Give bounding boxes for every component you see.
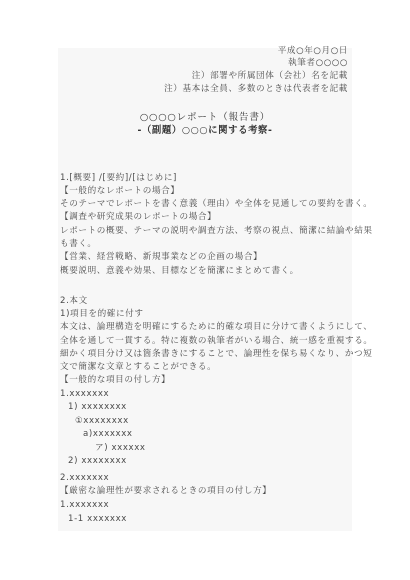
- case2-text-2: も書く。: [60, 238, 97, 250]
- list-item: 2) xxxxxxxx: [68, 455, 127, 467]
- case2-text-1: レポートの概要、テーマの説明や調査方法、考察の視点、簡潔に結論や結果: [60, 225, 373, 237]
- list-item: a)xxxxxxx: [83, 428, 133, 440]
- body-line-4: 文で簡潔な文章とすることができる。: [60, 361, 216, 373]
- document-subtitle: -（副題）○○○に関する考察-: [58, 125, 352, 137]
- list-item: 1.xxxxxxx: [60, 388, 109, 400]
- section2-subheading: 1)項目を的確に付す: [60, 308, 144, 320]
- case2-label: 【調査や研究成果のレポートの場合】: [60, 211, 216, 223]
- list-item: ①xxxxxxxx: [75, 415, 129, 427]
- section2-heading: 2.本文: [60, 295, 88, 307]
- section1-heading: 1.[概要] /[要約]/[はじめに]: [60, 172, 177, 184]
- note-authors: 注）基本は全員、多数のときは代表者を記載: [164, 83, 348, 95]
- author-line: 執筆者○○○○: [288, 57, 348, 69]
- strict-items-label: 【厳密な論理性が要求されるときの項目の付し方】: [60, 485, 271, 497]
- list-item: 1-1 xxxxxxx: [68, 513, 127, 525]
- body-line-1: 本文は、論理構造を明確にするために的確な項目に分けて書くようにして、: [60, 321, 372, 333]
- document-title: ○○○○レポート（報告書）: [58, 112, 352, 124]
- case1-label: 【一般的なレポートの場合】: [60, 185, 180, 197]
- document-page: 平成○年○月○日 執筆者○○○○ 注）部署や所属団体（会社）名を記載 注）基本は…: [58, 48, 352, 531]
- case3-text: 概要説明、意義や効果、目標などを簡潔にまとめて書く。: [60, 265, 299, 277]
- general-items-label: 【一般的な項目の付し方】: [60, 374, 170, 386]
- list-item: 2.xxxxxxx: [60, 472, 109, 484]
- list-item: 1.xxxxxxx: [60, 499, 109, 511]
- body-line-3: 細かく項目分け又は箇条書きにすることで、論理性を保ち易くなり、かつ短: [60, 348, 372, 360]
- list-item: 1) xxxxxxxx: [68, 401, 127, 413]
- note-affiliation: 注）部署や所属団体（会社）名を記載: [192, 70, 348, 82]
- date-line: 平成○年○月○日: [278, 45, 348, 57]
- body-line-2: 全体を通して一貫する。特に複数の執筆者がいる場合、統一感を重視する。: [60, 335, 373, 347]
- case3-label: 【営業、経営戦略、新規事業などの企画の場合】: [60, 251, 262, 263]
- case1-text: そのテーマでレポートを書く意義（理由）や全体を見通しての要約を書く。: [60, 198, 372, 210]
- list-item: ア) xxxxxx: [95, 442, 146, 454]
